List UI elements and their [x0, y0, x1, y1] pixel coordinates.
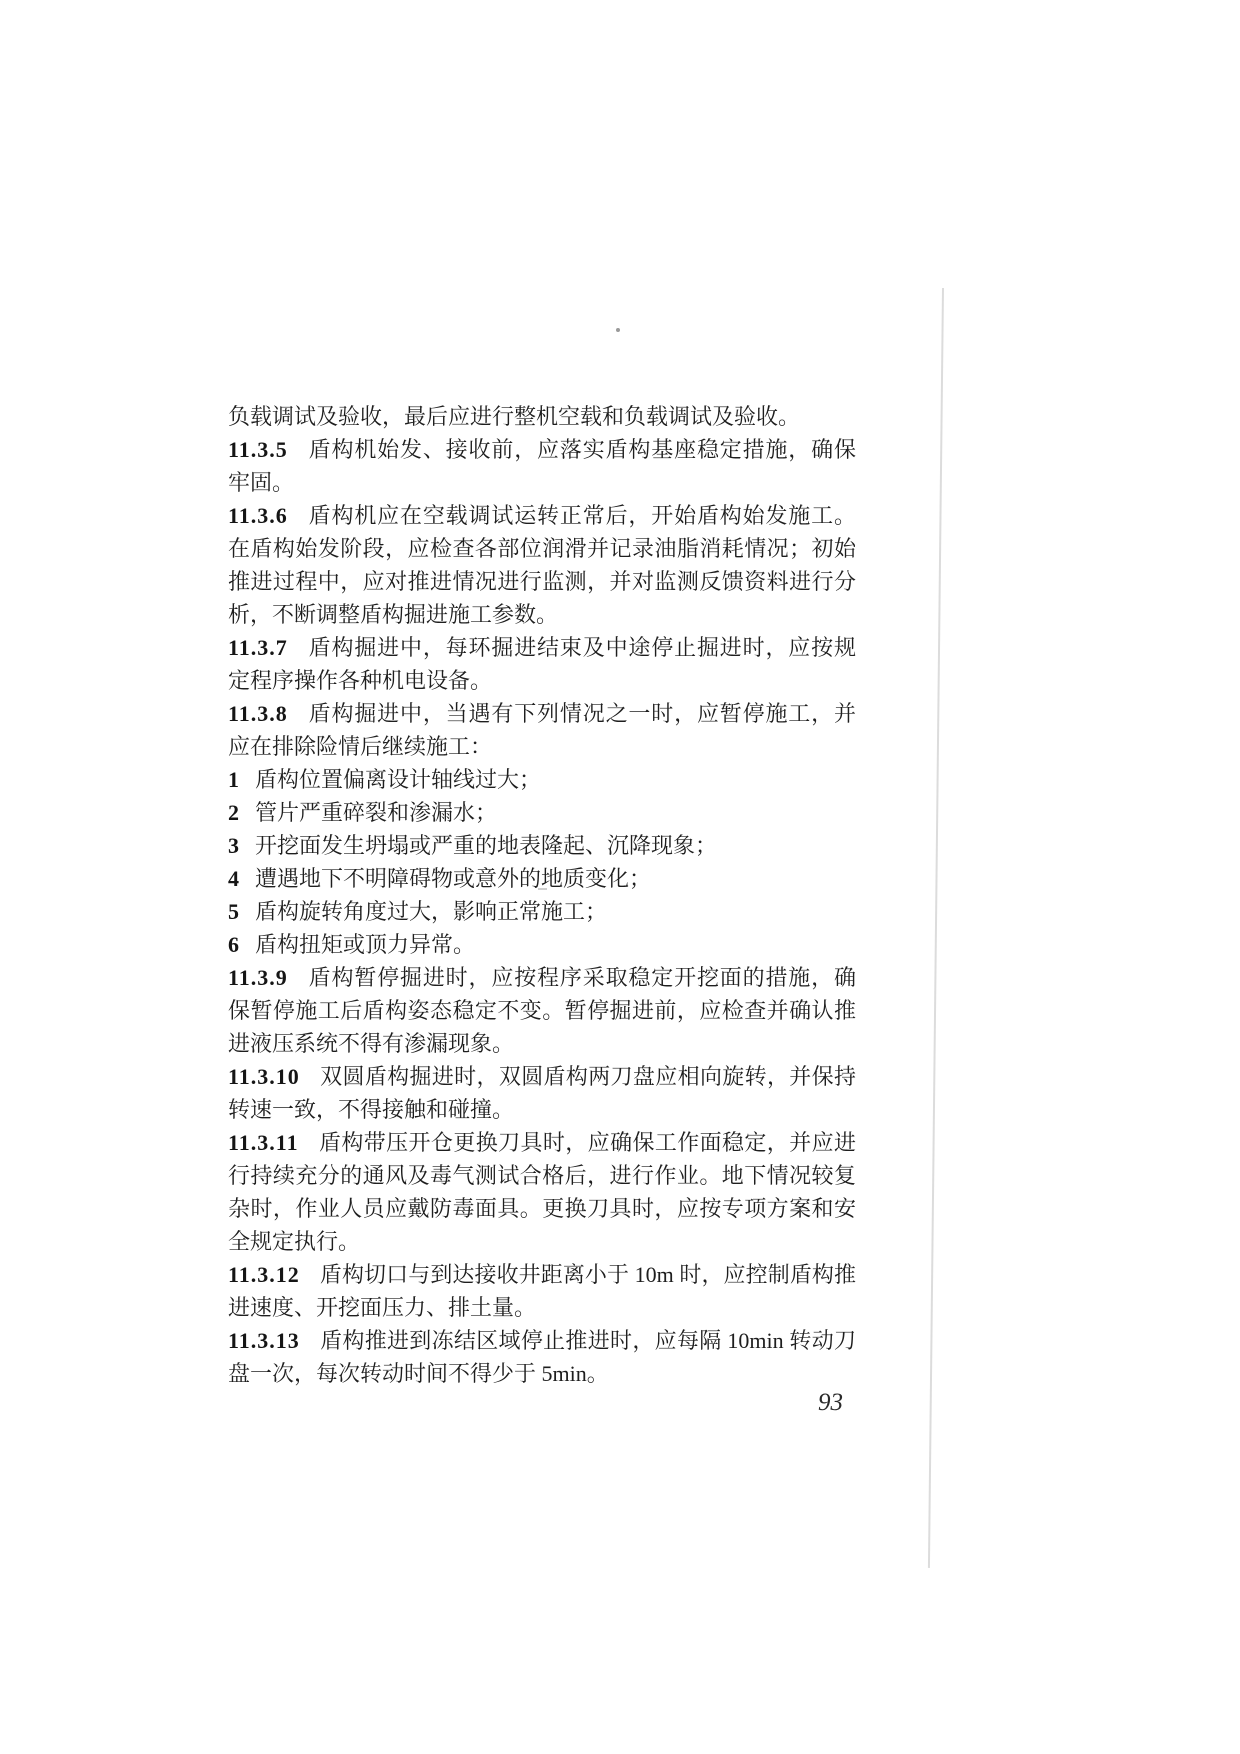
clause-number: 11.3.9: [228, 965, 288, 990]
clause-11-3-11: 11.3.11盾构带压开仓更换刀具时，应确保工作面稳定，并应进行持续充分的通风及…: [228, 1126, 856, 1258]
list-item-number: 5: [228, 899, 239, 924]
clause-text: 双圆盾构掘进时，双圆盾构两刀盘应相向旋转，并保持转速一致，不得接触和碰撞。: [228, 1064, 856, 1122]
list-item-text: 盾构位置偏离设计轴线过大；: [255, 767, 541, 792]
clause-number: 11.3.7: [228, 635, 288, 660]
list-item-text: 盾构扭矩或顶力异常。: [255, 932, 475, 957]
clause-11-3-13: 11.3.13盾构推进到冻结区域停止推进时，应每隔 10min 转动刀盘一次，每…: [228, 1324, 856, 1390]
clause-number: 11.3.6: [228, 503, 288, 528]
list-item-number: 1: [228, 767, 239, 792]
clause-11-3-10: 11.3.10双圆盾构掘进时，双圆盾构两刀盘应相向旋转，并保持转速一致，不得接触…: [228, 1060, 856, 1126]
clause-11-3-5: 11.3.5盾构机始发、接收前，应落实盾构基座稳定措施，确保牢固。: [228, 433, 856, 499]
clause-text: 盾构机始发、接收前，应落实盾构基座稳定措施，确保牢固。: [228, 437, 856, 495]
clause-11-3-7: 11.3.7盾构掘进中，每环掘进结束及中途停止掘进时，应按规定程序操作各种机电设…: [228, 631, 856, 697]
clause-number: 11.3.12: [228, 1262, 300, 1287]
clause-11-3-9: 11.3.9盾构暂停掘进时，应按程序采取稳定开挖面的措施，确保暂停施工后盾构姿态…: [228, 961, 856, 1060]
scanned-document-page: 负载调试及验收，最后应进行整机空载和负载调试及验收。 11.3.5盾构机始发、接…: [0, 0, 1240, 1754]
scan-speck-artifact: [616, 328, 620, 332]
list-item-4: 4遭遇地下不明障碍物或意外的地质变化；: [228, 862, 856, 895]
list-item-number: 3: [228, 833, 239, 858]
clause-number: 11.3.5: [228, 437, 288, 462]
list-item-text: 遭遇地下不明障碍物或意外的地质变化；: [255, 866, 651, 891]
clause-text: 盾构推进到冻结区域停止推进时，应每隔 10min 转动刀盘一次，每次转动时间不得…: [228, 1328, 856, 1386]
list-item-1: 1盾构位置偏离设计轴线过大；: [228, 763, 856, 796]
list-item-5: 5盾构旋转角度过大，影响正常施工；: [228, 895, 856, 928]
clause-text: 盾构暂停掘进时，应按程序采取稳定开挖面的措施，确保暂停施工后盾构姿态稳定不变。暂…: [228, 965, 856, 1056]
list-item-2: 2管片严重碎裂和渗漏水；: [228, 796, 856, 829]
clause-11-3-8: 11.3.8盾构掘进中，当遇有下列情况之一时，应暂停施工，并应在排除险情后继续施…: [228, 697, 856, 763]
paragraph-continuation: 负载调试及验收，最后应进行整机空载和负载调试及验收。: [228, 400, 856, 433]
list-item-number: 2: [228, 800, 239, 825]
list-item-text: 开挖面发生坍塌或严重的地表隆起、沉降现象；: [255, 833, 717, 858]
clause-text: 盾构带压开仓更换刀具时，应确保工作面稳定，并应进行持续充分的通风及毒气测试合格后…: [228, 1130, 856, 1254]
list-item-number: 6: [228, 932, 239, 957]
clause-text: 盾构掘进中，当遇有下列情况之一时，应暂停施工，并应在排除险情后继续施工：: [228, 701, 856, 759]
clause-number: 11.3.11: [228, 1130, 299, 1155]
list-item-text: 盾构旋转角度过大，影响正常施工；: [255, 899, 607, 924]
list-item-3: 3开挖面发生坍塌或严重的地表隆起、沉降现象；: [228, 829, 856, 862]
list-item-text: 管片严重碎裂和渗漏水；: [255, 800, 497, 825]
page-edge-scan-line: [928, 288, 944, 1568]
clause-number: 11.3.10: [228, 1064, 300, 1089]
clause-11-3-6: 11.3.6盾构机应在空载调试运转正常后，开始盾构始发施工。在盾构始发阶段，应检…: [228, 499, 856, 631]
clause-text: 盾构切口与到达接收井距离小于 10m 时，应控制盾构推进速度、开挖面压力、排土量…: [228, 1262, 856, 1320]
clause-11-3-12: 11.3.12盾构切口与到达接收井距离小于 10m 时，应控制盾构推进速度、开挖…: [228, 1258, 856, 1324]
list-item-number: 4: [228, 866, 239, 891]
scan-dash-artifact: [538, 888, 547, 890]
clause-number: 11.3.8: [228, 701, 288, 726]
clause-text: 盾构机应在空载调试运转正常后，开始盾构始发施工。在盾构始发阶段，应检查各部位润滑…: [228, 503, 856, 627]
list-item-6: 6盾构扭矩或顶力异常。: [228, 928, 856, 961]
page-number: 93: [818, 1389, 843, 1417]
clause-number: 11.3.13: [228, 1328, 300, 1353]
text-block: 负载调试及验收，最后应进行整机空载和负载调试及验收。 11.3.5盾构机始发、接…: [228, 400, 856, 1390]
clause-text: 盾构掘进中，每环掘进结束及中途停止掘进时，应按规定程序操作各种机电设备。: [228, 635, 856, 693]
